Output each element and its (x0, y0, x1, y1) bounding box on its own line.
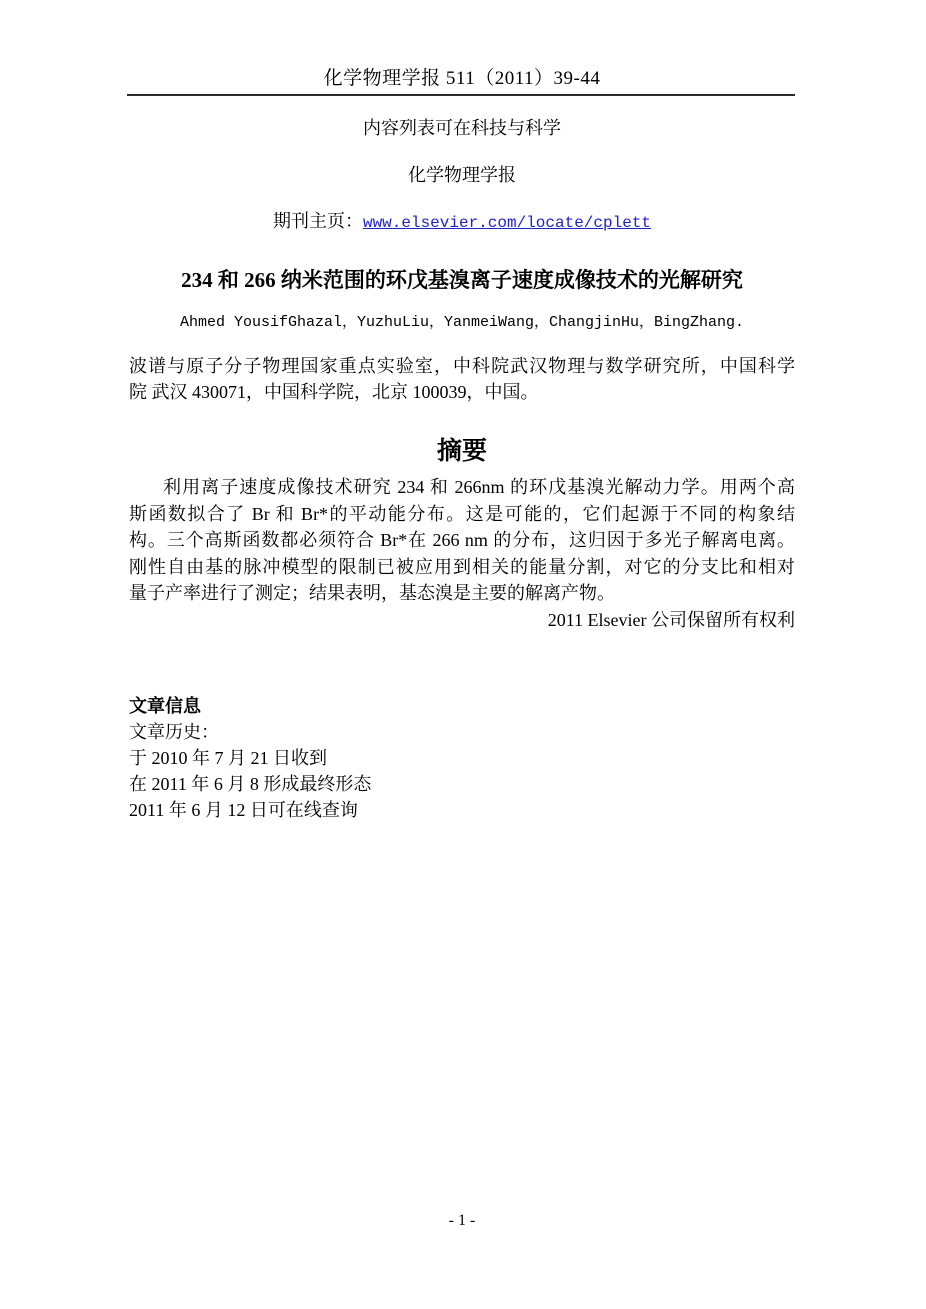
abstract-line: 刚性自由基的脉冲模型的限制已被应用到相关的能量分割，对它的分支比和相对 (129, 554, 795, 581)
article-title: 234 和 266 纳米范围的环戊基溴离子速度成像技术的光解研究 (129, 264, 795, 294)
header-divider (127, 94, 795, 96)
copyright-notice: 2011 Elsevier 公司保留所有权利 (129, 607, 795, 634)
article-history-item: 于 2010 年 7 月 21 日收到 (129, 745, 795, 771)
page-number: - 1 - (129, 1212, 795, 1230)
document-page: 化学物理学报 511（2011）39-44 内容列表可在科技与科学 化学物理学报… (0, 0, 926, 1309)
abstract-line: 量子产率进行了测定；结果表明，基态溴是主要的解离产物。 (129, 580, 795, 607)
article-history-item: 2011 年 6 月 12 日可在线查询 (129, 797, 795, 823)
abstract-line: 斯函数拟合了 Br 和 Br*的平动能分布。这是可能的，它们起源于不同的构象结 (129, 501, 795, 528)
authors-line: Ahmed YousifGhazal，YuzhuLiu，YanmeiWang，C… (129, 310, 795, 331)
journal-homepage-line: 期刊主页：www.elsevier.com/locate/cplett (129, 207, 795, 233)
contents-availability-line: 内容列表可在科技与科学 (129, 114, 795, 140)
abstract-body: 利用离子速度成像技术研究 234 和 266nm 的环戊基溴光解动力学。用两个高… (129, 474, 795, 633)
affiliation-line: 院 武汉 430071，中国科学院，北京 100039，中国。 (129, 379, 795, 405)
article-info-section: 文章信息 文章历史： 于 2010 年 7 月 21 日收到 在 2011 年 … (129, 693, 795, 823)
abstract-line: 构。三个高斯函数都必须符合 Br*在 266 nm 的分布，这归因于多光子解离电… (129, 527, 795, 554)
article-info-heading: 文章信息 (129, 693, 795, 719)
article-history-label: 文章历史： (129, 719, 795, 745)
affiliation: 波谱与原子分子物理国家重点实验室，中科院武汉物理与数学研究所，中国科学 院 武汉… (129, 353, 795, 405)
abstract-heading: 摘要 (129, 431, 795, 467)
journal-name: 化学物理学报 (129, 161, 795, 187)
journal-homepage-link[interactable]: www.elsevier.com/locate/cplett (363, 214, 651, 232)
affiliation-line: 波谱与原子分子物理国家重点实验室，中科院武汉物理与数学研究所，中国科学 (129, 353, 795, 379)
article-history-item: 在 2011 年 6 月 8 形成最终形态 (129, 771, 795, 797)
abstract-line: 利用离子速度成像技术研究 234 和 266nm 的环戊基溴光解动力学。用两个高 (129, 474, 795, 501)
journal-homepage-label: 期刊主页： (273, 211, 363, 231)
journal-reference: 化学物理学报 511（2011）39-44 (129, 63, 795, 90)
